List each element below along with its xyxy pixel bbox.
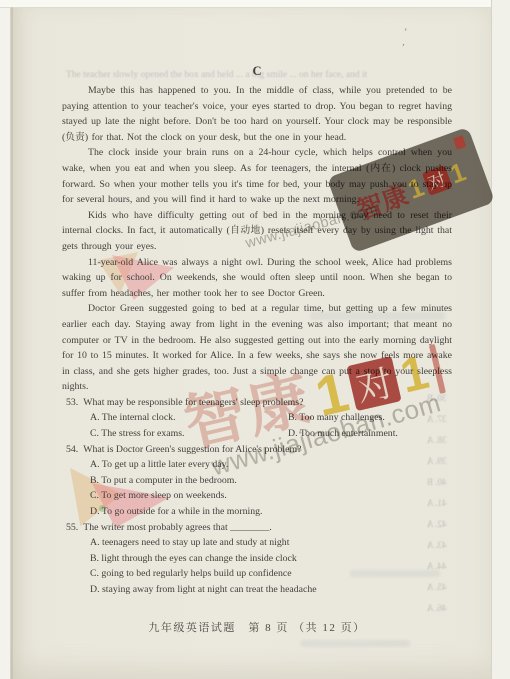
page-footer: 九年级英语试题 第 8 页 （共 12 页）: [62, 619, 452, 635]
option-53-b: B. Too many challenges.: [288, 410, 452, 426]
scan-top-edge: [0, 0, 510, 8]
option-53-a: A. The internal clock.: [90, 410, 288, 426]
option-55-a: A. teenagers need to stay up late and st…: [90, 535, 452, 551]
passage-paragraph: Doctor Green suggested going to bed at a…: [62, 301, 452, 395]
scanned-exam-page: The teacher slowly opened the box and he…: [0, 0, 510, 679]
passage-paragraph: The clock inside your brain runs on a 24…: [62, 145, 452, 207]
exam-content: C Maybe this has happened to you. In the…: [62, 64, 452, 598]
question-54-options: A. To get up a little later every day. B…: [62, 457, 452, 519]
paper-fold-line: [11, 7, 13, 679]
question-stem-text: The writer most probably agrees that ___…: [83, 522, 272, 533]
question-stem-text: What may be responsible for teenagers' s…: [83, 397, 303, 408]
question-55-options: A. teenagers need to stay up late and st…: [62, 535, 452, 597]
question-53: 53.What may be responsible for teenagers…: [62, 395, 452, 442]
passage-paragraph: Kids who have difficulty getting out of …: [62, 208, 452, 255]
option-55-d: D. staying away from light at night can …: [90, 582, 452, 598]
option-54-a: A. To get up a little later every day.: [90, 457, 452, 473]
question-stem-text: What is Doctor Green's suggestion for Al…: [83, 444, 301, 455]
question-54-stem: 54.What is Doctor Green's suggestion for…: [62, 442, 452, 458]
option-55-b: B. light through the eyes can change the…: [90, 551, 452, 567]
question-53-stem: 53.What may be responsible for teenagers…: [62, 395, 452, 411]
question-53-options: A. The internal clock. B. Too many chall…: [62, 410, 452, 441]
option-54-b: B. To put a computer in the bedroom.: [90, 473, 452, 489]
question-number: 55.: [66, 522, 78, 533]
option-53-d: D. Too much entertainment.: [288, 426, 452, 442]
passage-paragraph: 11-year-old Alice was always a night owl…: [62, 255, 452, 302]
question-55-stem: 55.The writer most probably agrees that …: [62, 520, 452, 536]
section-heading: C: [62, 64, 452, 78]
option-53-c: C. The stress for exams.: [90, 426, 288, 442]
option-54-d: D. To go outside for a while in the morn…: [90, 504, 452, 520]
scan-right-edge: [491, 0, 510, 679]
question-55: 55.The writer most probably agrees that …: [62, 520, 452, 598]
passage-paragraph: Maybe this has happened to you. In the m…: [62, 83, 452, 145]
option-54-c: C. To get more sleep on weekends.: [90, 488, 452, 504]
question-number: 53.: [66, 397, 78, 408]
question-number: 54.: [66, 444, 78, 455]
question-54: 54.What is Doctor Green's suggestion for…: [62, 442, 452, 520]
option-55-c: C. going to bed regularly helps build up…: [90, 566, 452, 582]
